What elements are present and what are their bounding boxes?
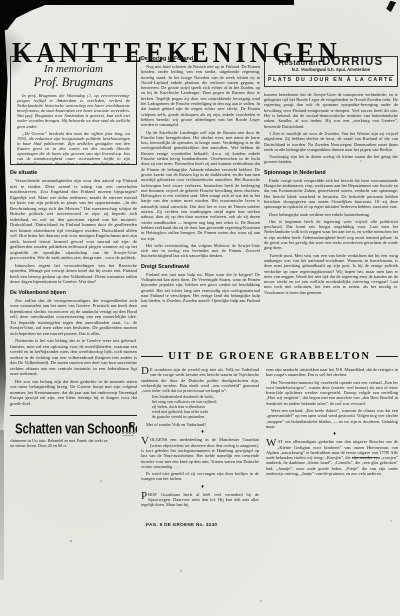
grabbelton-item: PROF. Goudriaan heeft al héél veel veran…	[141, 492, 259, 508]
body-paragraph: „De Groene” herdenkt den man die vijftie…	[17, 131, 130, 165]
horizontal-rule	[376, 356, 398, 357]
grabbelton-item-text: ROF. Goudriaan heeft al héél veel verand…	[141, 492, 259, 508]
body-paragraph: kunnen beteekenen dat de Sowjet-Unie de …	[264, 92, 398, 129]
grabbelton-title-row: UIT DE GROENE GRABBELTON	[141, 351, 398, 362]
body-paragraph: Om te beginnen heeft de regeering weer v…	[264, 219, 398, 251]
schatten-ad-hairlines	[122, 432, 137, 436]
grabbelton-item: WAT een alleraardigste gedachte van den …	[266, 439, 398, 476]
body-paragraph: In prof. Brugmans die Woensdag j.l. op e…	[17, 93, 130, 129]
middle-column: De oorlog in Finland Nog niet hard schie…	[141, 56, 260, 349]
grabbelton-right-column: eens zijn aandacht uitstrekken naar het …	[266, 367, 398, 522]
body-paragraph: Er werd niet gemeld of zij vervangen zij…	[141, 471, 259, 482]
grabbelton-item: VOLGENS een mededeeling in de Manchester…	[141, 437, 259, 469]
torn-edge-left-tail-artifact	[0, 430, 4, 580]
drop-cap: V	[141, 437, 150, 447]
right-column: Restaurant DORRIUS N.Z. Voorburgwal b.h.…	[264, 56, 398, 349]
body-paragraph: Tweede punt. Men wist van een van beide …	[264, 253, 398, 295]
grabbelton-section: UIT DE GROENE GRABBELTON DE wonderen zij…	[141, 351, 398, 522]
body-paragraph: Finland ziet niet naar hulp uit. Maar wa…	[141, 272, 260, 309]
quoted-verse: Een Studentenlied doorbeeft de lucht, he…	[141, 395, 259, 420]
grabbelton-item-text: E wonderen zijn de wereld nog niet uit. …	[141, 367, 259, 393]
footer-pagination: PAG. 6 DE GROENE No. 3240	[146, 522, 217, 527]
schatten-ad-title: Schatten van Schoonheid	[10, 422, 137, 437]
section-heading-de-situatie: De situatie	[10, 170, 137, 176]
dorrius-ad-tagline: PLATS DU JOUR EN À LA CARTE	[268, 75, 394, 83]
section-heading-spionnage-in-nederland: Spionnage in Nederland	[264, 170, 398, 176]
body-paragraph: Het zou van belang zijn dat deze gedacht…	[10, 379, 137, 407]
grabbelton-item-text: OLGENS een mededeeling in de Manchester …	[141, 437, 259, 468]
body-paragraph: Intusschen regent het veroordeelingen va…	[10, 263, 137, 285]
grabbelton-item: DE wonderen zijn de wereld nog niet uit.…	[141, 367, 259, 393]
body-paragraph: Verzachtende omstandigheden zijn voor de…	[10, 178, 137, 261]
body-paragraph: Einde vorige week verspreidde zich het b…	[264, 178, 398, 210]
body-paragraph: Op de Karelische Landengte zelf zijn de …	[141, 130, 260, 241]
scan-top-right-mark-artifact	[386, 0, 396, 13]
body-paragraph: Het November-nummer bij voorbeeld opende…	[266, 380, 398, 406]
memoriam-title-line2: Prof. Brugmans	[17, 75, 130, 89]
body-paragraph: 't Ziet er moeilijk uit voor de Zweden. …	[264, 131, 398, 152]
grabbelton-item-closing: Met of zonder Volk en Vaderland?	[141, 422, 259, 427]
diamond-separator: ♦	[266, 431, 398, 437]
grabbelton-columns: DE wonderen zijn de wereld nog niet uit.…	[141, 367, 398, 522]
body-paragraph: Niettemin is het van belang dat er te Ge…	[10, 338, 137, 377]
diamond-separator: ♦	[141, 484, 259, 490]
body-paragraph: Deze belangrijke zaak verdient een enkel…	[264, 212, 398, 217]
torn-edge-left-artifact	[0, 0, 8, 445]
horizontal-rule	[141, 356, 163, 357]
grabbelton-title: UIT DE GROENE GRABBELTON	[168, 351, 371, 362]
masthead-title: KANTTEEKENINGEN	[12, 37, 341, 69]
section-heading-dreigt-scandinavie: Dreigt Scandinavië	[141, 264, 260, 270]
schatten-ad-body: sluimeren in Uw tuin. Behandel ze met Pa…	[10, 438, 112, 448]
grabbelton-left-column: DE wonderen zijn de wereld nog niet uit.…	[141, 367, 259, 522]
body-paragraph: Voorloopig zijn het in dezen oorlog de k…	[264, 154, 398, 165]
diamond-separator: ♦	[141, 429, 259, 435]
body-paragraph: Zoo zullen dus de vertegenwoordigers der…	[10, 298, 137, 337]
drop-cap: D	[141, 367, 150, 377]
body-paragraph: Nog niet hard schieten de Russen niet op…	[141, 64, 260, 128]
drop-cap: W	[266, 439, 277, 449]
body-paragraph: eens zijn aandacht uitstrekken naar het …	[266, 367, 398, 378]
schatten-ad-brand-mark: P	[130, 423, 135, 429]
section-heading-volkenbond-bijeen: De Volkenbond bijeen	[10, 290, 137, 296]
body-paragraph: Het wekt verontrusting, dat volgens Molo…	[141, 243, 260, 259]
left-column: In memoriam Prof. Brugmans In prof. Brug…	[10, 56, 137, 526]
grabbelton-item-text: AT een alleraardigste gedachte van den u…	[266, 439, 398, 476]
body-paragraph: Weer een verhaal: „Een heele dokter”, wa…	[266, 408, 398, 429]
newspaper-page: { "page": { "masthead": "KANTTEEKENINGEN…	[0, 0, 400, 616]
schatten-ad: Schatten van Schoonheid sluimeren in Uw …	[10, 415, 137, 462]
